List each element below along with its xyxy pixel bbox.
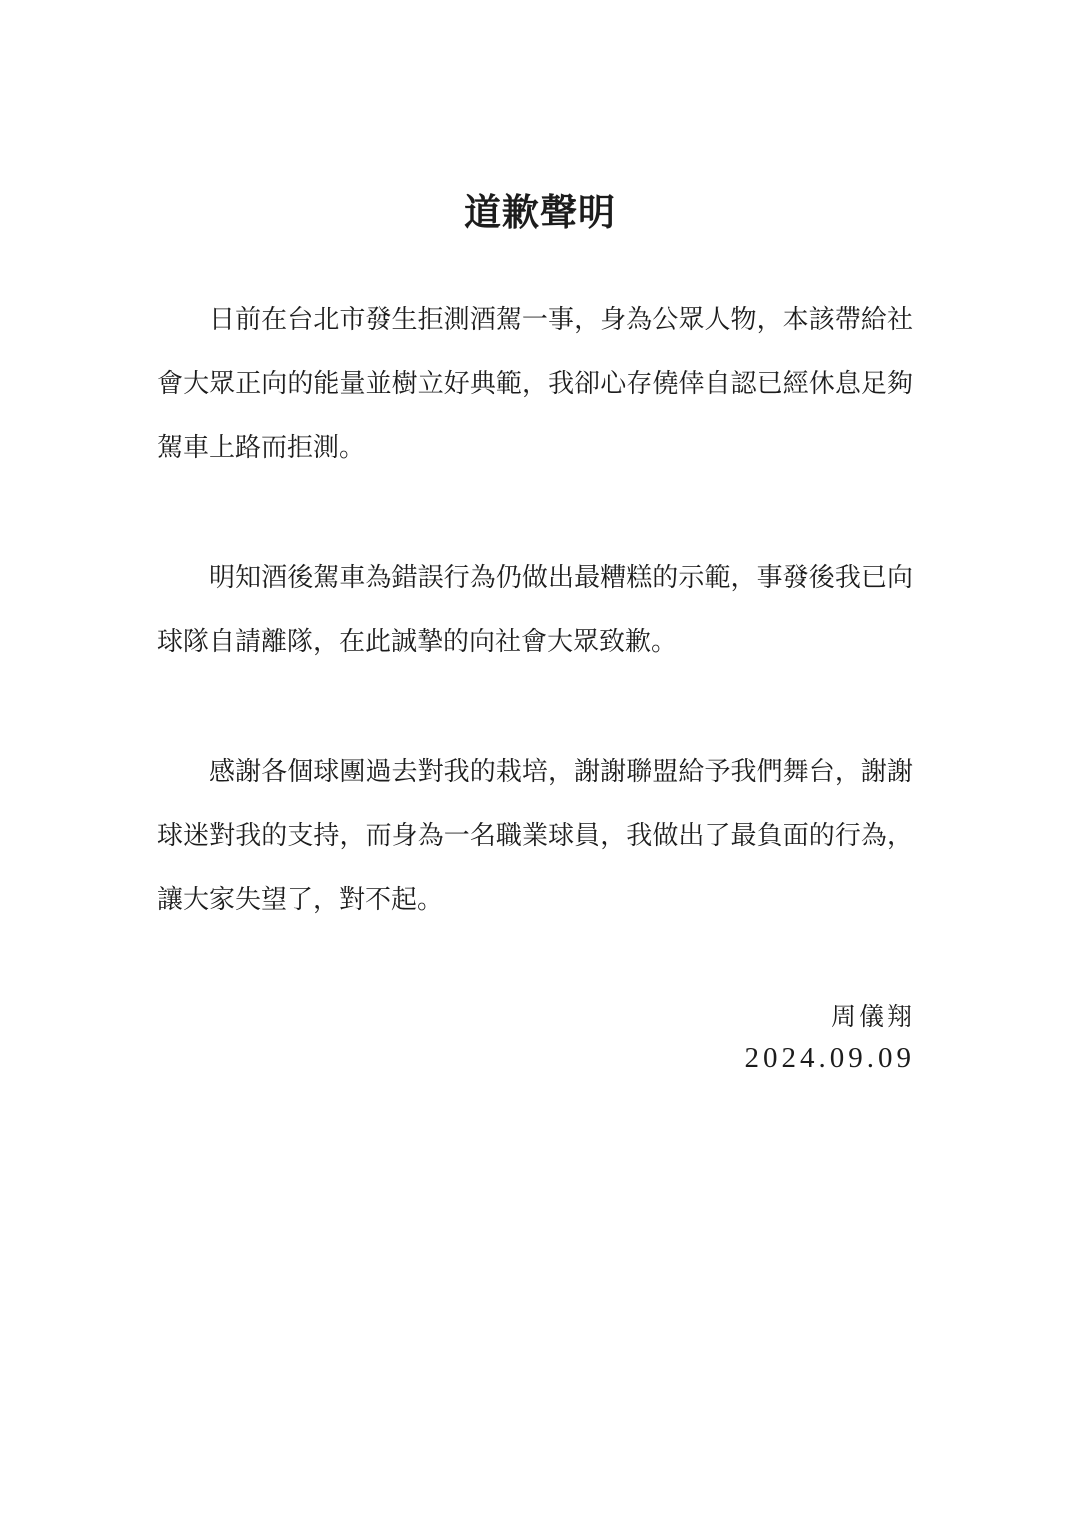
apology-letter-page: 道歉聲明 日前在台北市發生拒測酒駕一事，身為公眾人物，本該帶給社會大眾正向的能量… — [0, 0, 1080, 1528]
letter-body: 日前在台北市發生拒測酒駕一事，身為公眾人物，本該帶給社會大眾正向的能量並樹立好典… — [157, 288, 913, 932]
letter-paragraph-2: 明知酒後駕車為錯誤行為仍做出最糟糕的示範，事發後我已向球隊自請離隊，在此誠摯的向… — [157, 546, 913, 674]
signature-name: 周儀翔 — [157, 998, 915, 1038]
signature-date: 2024.09.09 — [157, 1038, 915, 1078]
letter-paragraph-1: 日前在台北市發生拒測酒駕一事，身為公眾人物，本該帶給社會大眾正向的能量並樹立好典… — [157, 288, 913, 480]
signature-block: 周儀翔 2024.09.09 — [157, 998, 915, 1078]
page-title: 道歉聲明 — [0, 0, 1080, 236]
letter-paragraph-3: 感謝各個球團過去對我的栽培，謝謝聯盟給予我們舞台，謝謝球迷對我的支持，而身為一名… — [157, 740, 913, 932]
